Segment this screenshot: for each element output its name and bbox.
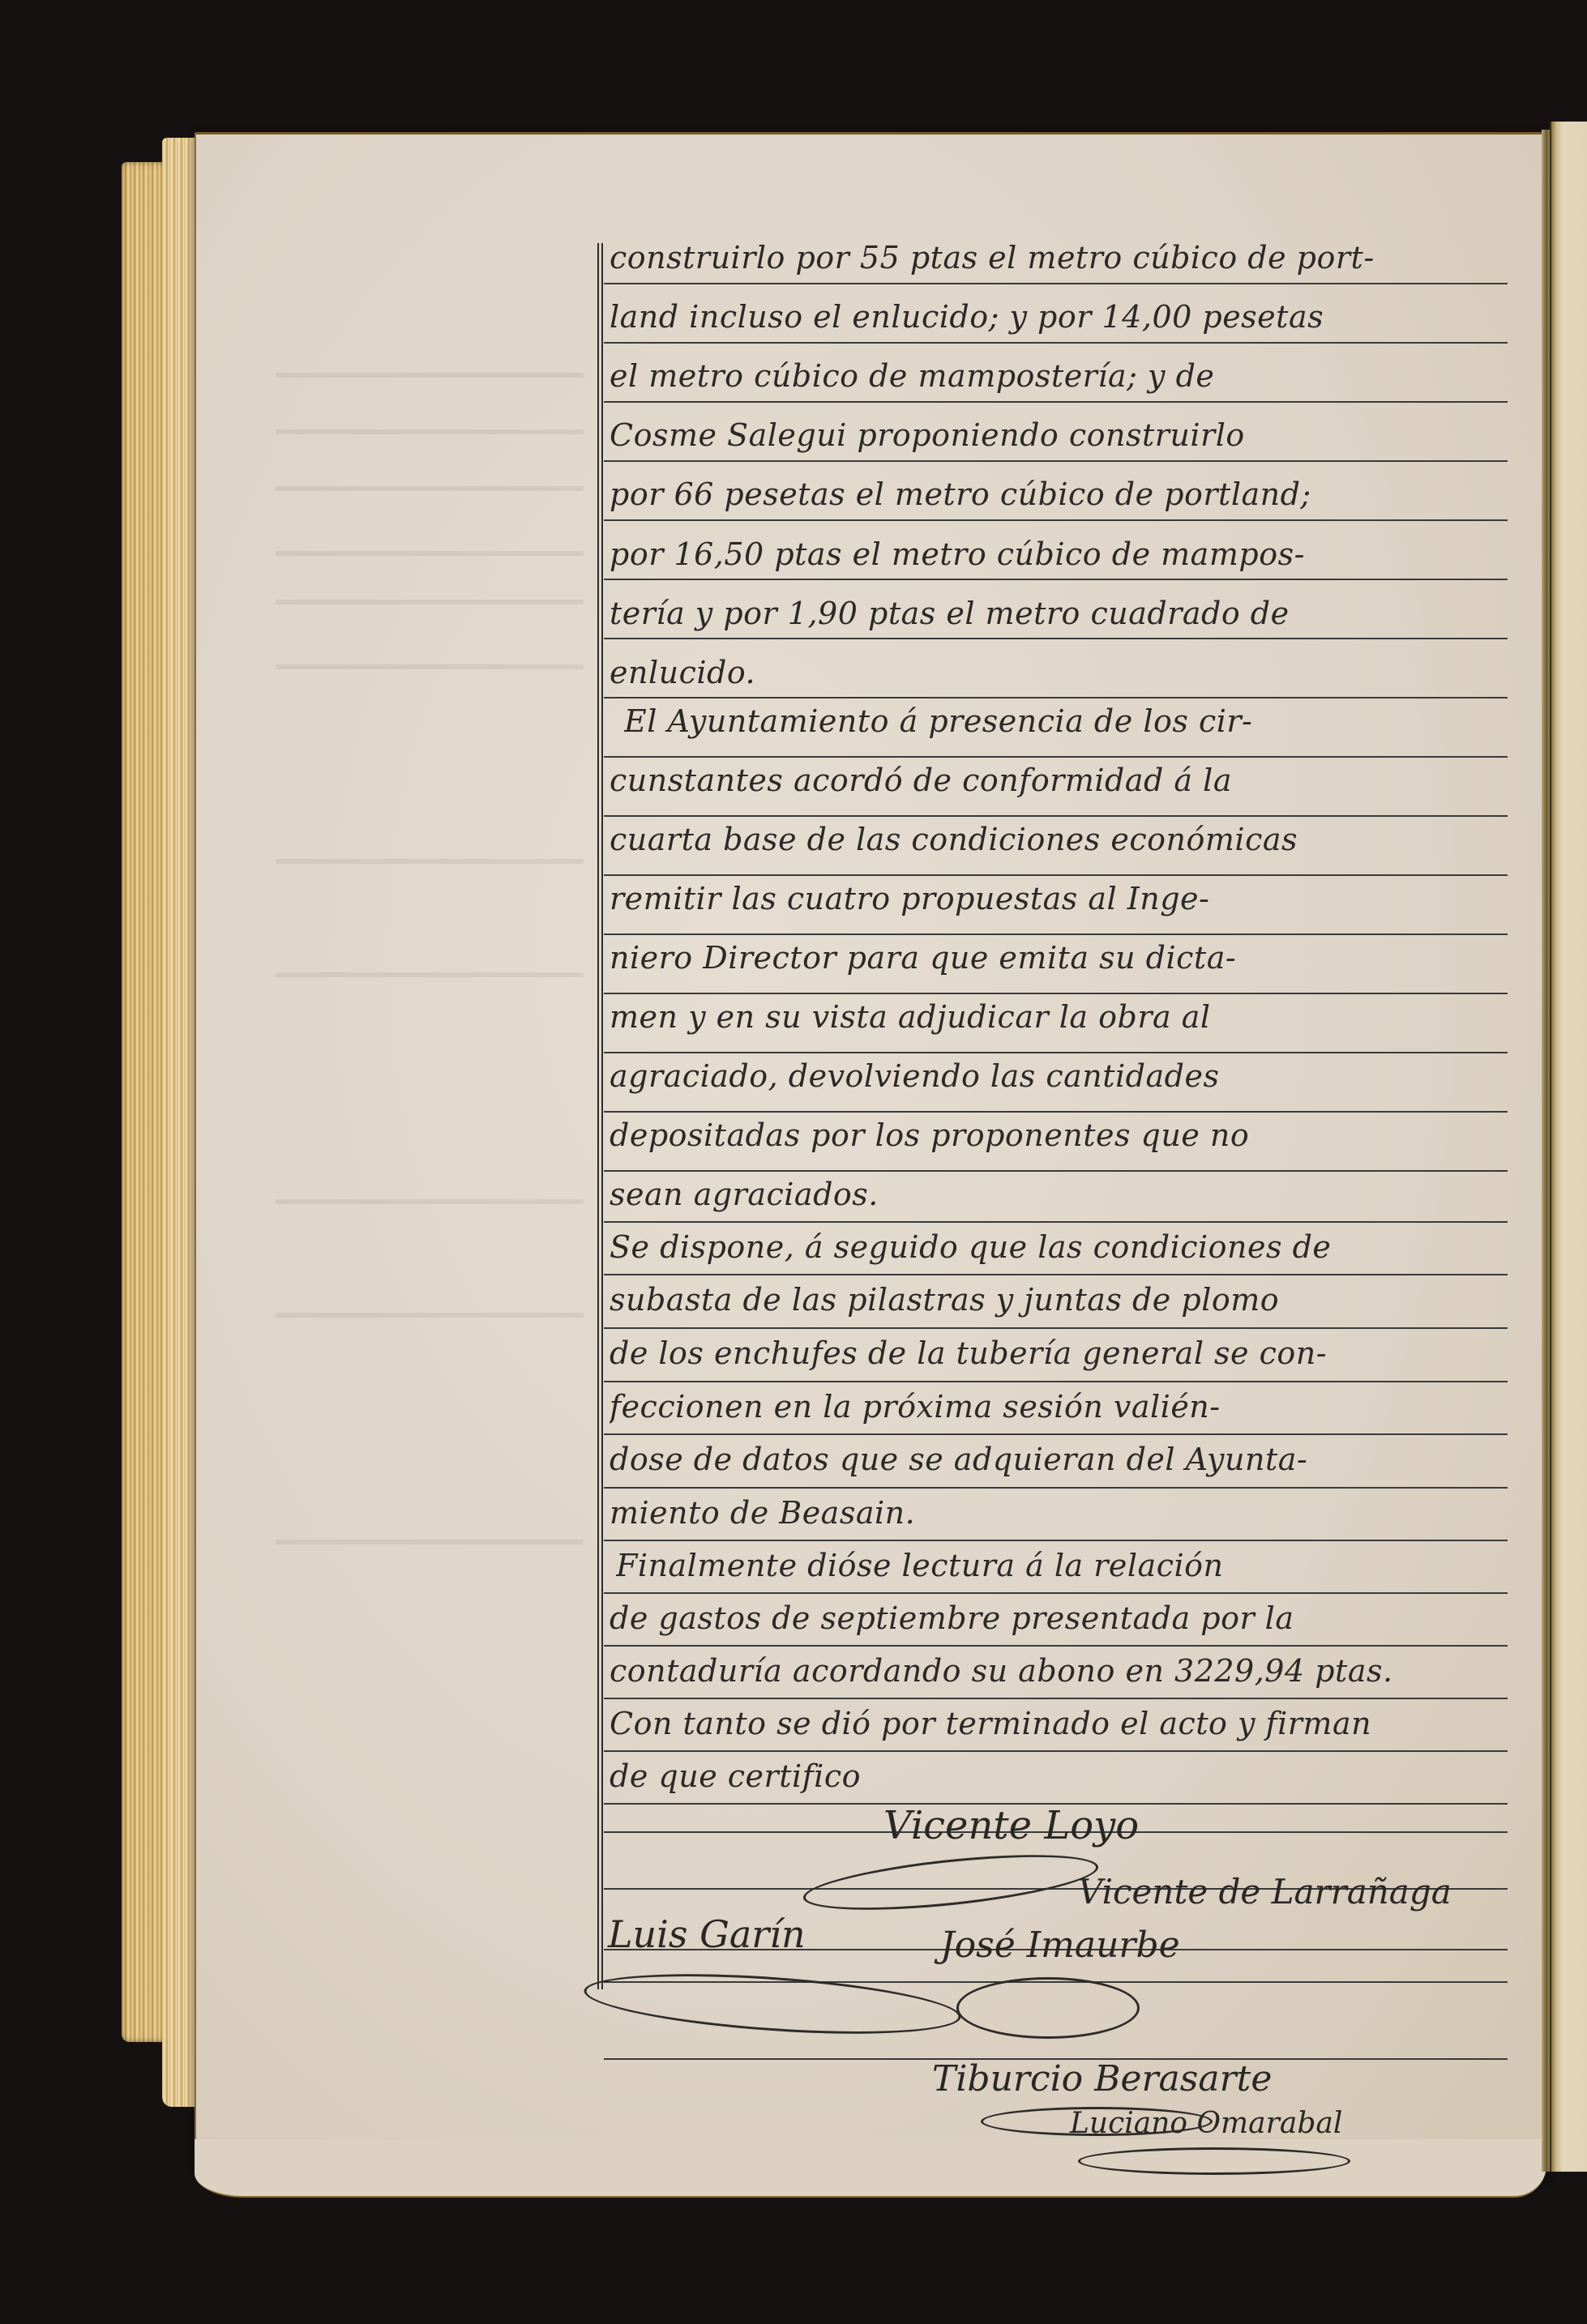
signature: Vicente de Larrañaga	[1078, 1872, 1452, 1912]
body-line: enlucido.	[610, 655, 1509, 703]
body-line: depositadas por los proponentes que no	[610, 1117, 1509, 1166]
body-line: tería y por 1,90 ptas el metro cuadrado …	[610, 596, 1509, 644]
bleed-through	[276, 551, 584, 556]
body-line: niero Director para que emita su dicta-	[610, 940, 1509, 989]
bleed-through	[276, 1199, 584, 1204]
page-bottom-edge	[195, 2139, 1546, 2198]
ruled-line	[604, 933, 1508, 935]
ruled-line	[604, 993, 1508, 994]
body-line: de los enchufes de la tubería general se…	[610, 1335, 1509, 1384]
signature: Luciano Omarabal	[1070, 2107, 1342, 2140]
bleed-through	[276, 373, 584, 378]
margin-double-rule	[597, 243, 603, 1989]
body-line: Finalmente dióse lectura á la relación	[616, 1548, 1516, 1596]
bleed-through	[276, 972, 584, 977]
body-line: subasta de las pilastras y juntas de plo…	[610, 1282, 1509, 1331]
body-line: Se dispone, á seguido que las condicione…	[610, 1229, 1509, 1278]
body-line: remitir las cuatro propuestas al Inge-	[610, 881, 1509, 929]
ruled-line	[604, 1170, 1508, 1172]
signature-flourish	[1078, 2147, 1350, 2175]
ruled-line	[604, 874, 1508, 876]
facing-page-edge	[1550, 122, 1587, 2172]
signature: José Imaurbe	[940, 1925, 1180, 1966]
body-line: agraciado, devolviendo las cantidades	[610, 1058, 1509, 1107]
signature-flourish	[956, 1977, 1140, 2039]
ruled-line	[604, 1052, 1508, 1053]
bleed-through	[276, 859, 584, 864]
body-line: miento de Beasain.	[610, 1495, 1509, 1544]
body-line: El Ayuntamiento á presencia de los cir-	[624, 703, 1524, 752]
ruled-line	[604, 815, 1508, 817]
bleed-through	[276, 486, 584, 491]
body-line: dose de datos que se adquieran del Ayunt…	[610, 1442, 1509, 1490]
body-line: sean agraciados.	[610, 1177, 1509, 1225]
body-line: de gastos de septiembre presentada por l…	[610, 1600, 1509, 1649]
ruled-line	[604, 1111, 1508, 1113]
body-line: cuarta base de las condiciones económica…	[610, 822, 1509, 870]
body-line: land incluso el enlucido; y por 14,00 pe…	[610, 299, 1509, 348]
bleed-through	[276, 429, 584, 434]
body-line: construirlo por 55 ptas el metro cúbico …	[610, 240, 1509, 288]
body-line: Cosme Salegui proponiendo construirlo	[610, 417, 1509, 466]
signature: Luis Garín	[608, 1912, 806, 1956]
bleed-through	[276, 1540, 584, 1544]
body-line: Con tanto se dió por terminado el acto y…	[610, 1706, 1509, 1754]
body-line: men y en su vista adjudicar la obra al	[610, 999, 1509, 1048]
body-line: el metro cúbico de mampostería; y de	[610, 358, 1509, 407]
body-line: por 16,50 ptas el metro cúbico de mampos…	[610, 536, 1509, 585]
body-line: contaduría acordando su abono en 3229,94…	[610, 1653, 1509, 1702]
bleed-through	[276, 664, 584, 669]
signature: Tiburcio Berasarte	[932, 2058, 1272, 2100]
body-line: cunstantes acordó de conformidad á la	[610, 763, 1509, 811]
body-line: por 66 pesetas el metro cúbico de portla…	[610, 476, 1509, 525]
body-line: feccionen en la próxima sesión valién-	[610, 1389, 1509, 1438]
bleed-through	[276, 600, 584, 604]
bleed-through	[276, 1313, 584, 1318]
ruled-line	[604, 756, 1508, 758]
signature: Vicente Loyo	[883, 1803, 1139, 1848]
body-line: de que certifico	[610, 1758, 1509, 1807]
